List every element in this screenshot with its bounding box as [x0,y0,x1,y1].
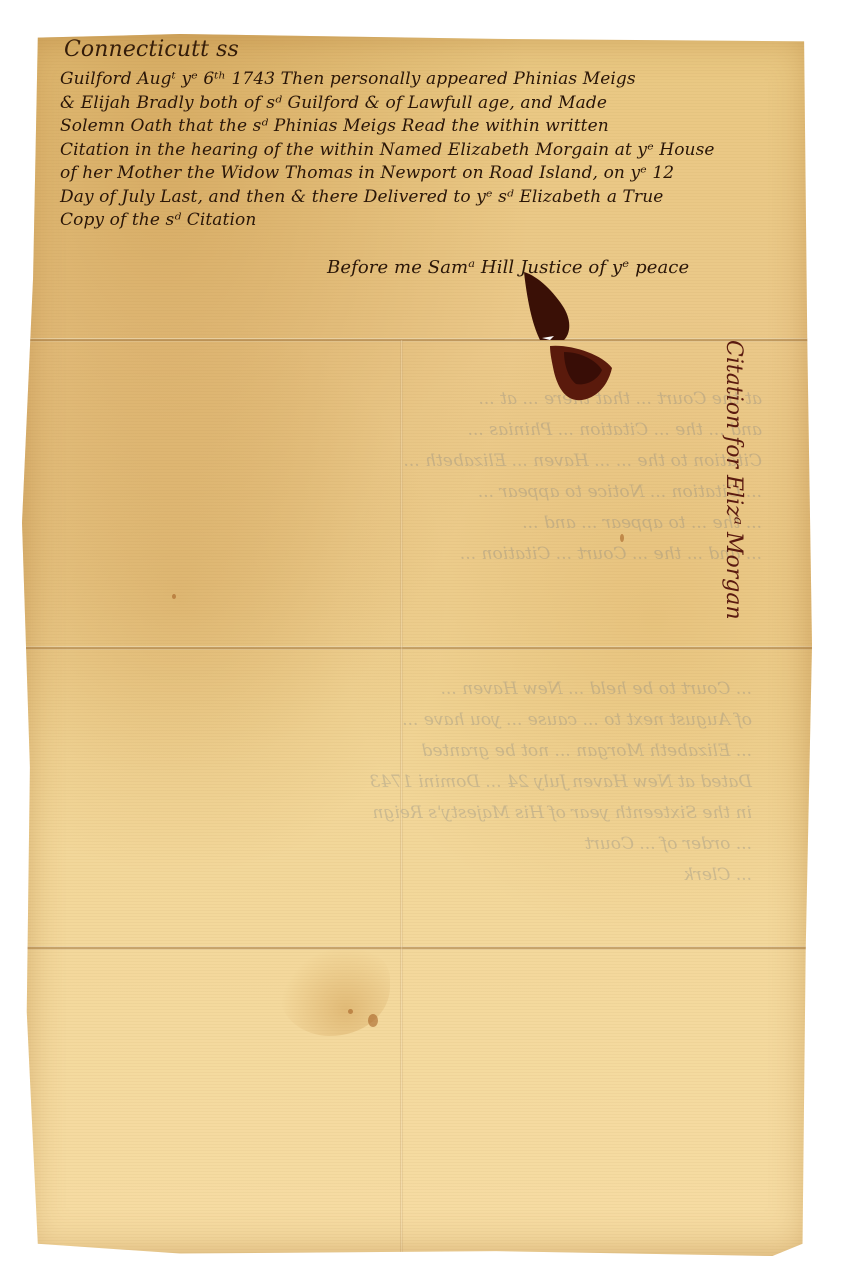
fold-line [22,338,812,342]
document-body: Guilford Augᵗ yᵉ 6ᵗʰ 1743 Then personall… [60,68,805,233]
body-line: Copy of the sᵈ Citation [60,209,805,233]
body-line: & Elijah Bradly both of sᵈ Guilford & of… [60,92,805,116]
wax-seal-stain [520,268,620,408]
water-stain [280,946,390,1036]
justice-signature: Before me Samᵃ Hill Justice of yᵉ peace [327,256,689,280]
stain-spot [620,534,624,542]
bleed-through-text-lower: ... Court to be held ... New Haven ... o… [132,674,752,891]
docket-endorsement: Citation for Elizᵃ Morgan [721,340,746,620]
body-line: Guilford Augᵗ yᵉ 6ᵗʰ 1743 Then personall… [60,68,805,92]
fold-line [22,646,812,650]
body-line: Citation in the hearing of the within Na… [60,139,805,163]
document-sheet: at the Court ... that there ... at ... a… [22,34,812,1256]
stain-spot [348,1009,353,1014]
document-header: Connecticutt ss [64,38,239,62]
bleed-through-text-upper: at the Court ... that there ... at ... a… [122,384,762,570]
body-line: Solemn Oath that the sᵈ Phinias Meigs Re… [60,115,805,139]
fold-line [22,946,812,950]
stain-spot [172,594,176,599]
body-line: Day of July Last, and then & there Deliv… [60,186,805,210]
body-line: of her Mother the Widow Thomas in Newpor… [60,162,805,186]
stain-spot [368,1014,378,1027]
fold-line-vertical [400,340,403,1256]
